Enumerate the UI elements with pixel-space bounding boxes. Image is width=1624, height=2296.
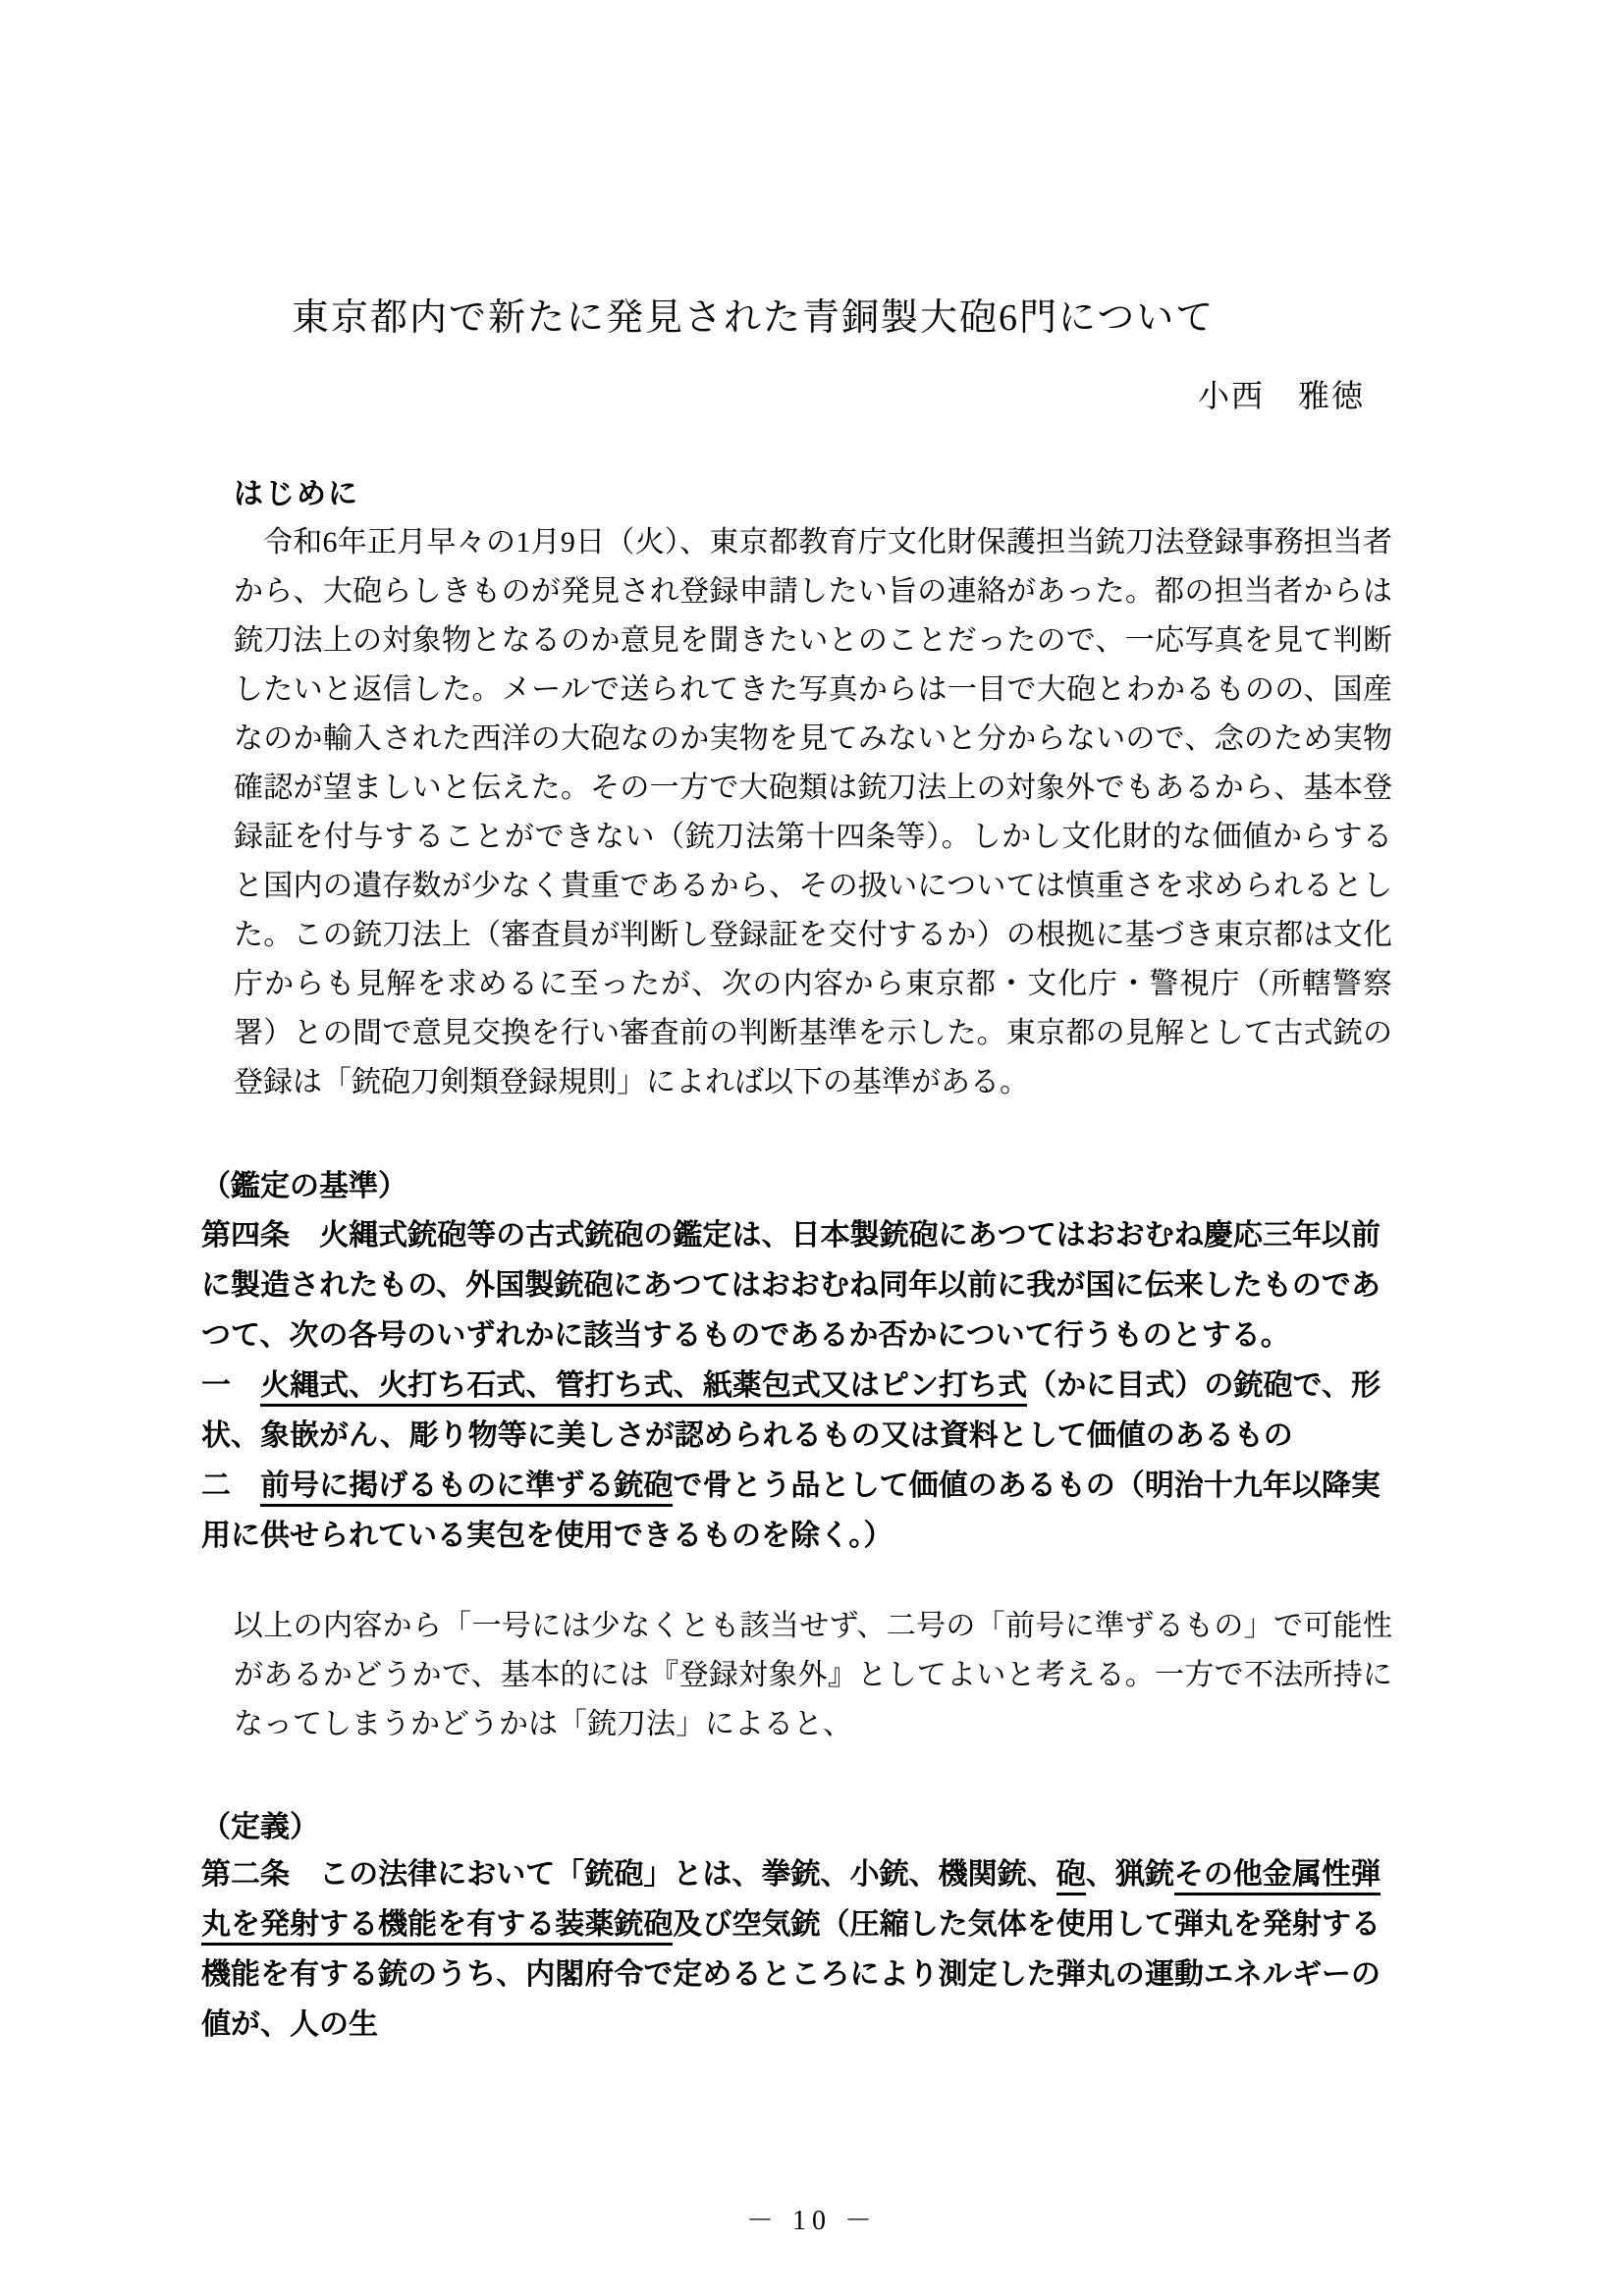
intro-paragraph: 令和6年正月早々の1月9日（火）、東京都教育庁文化財保護担当銃刀法登録事務担当者… [234,518,1392,1107]
heading-definition: （定義） [201,1802,319,1845]
article2-paragraph: 第二条 この法律において「銃砲」とは、拳銃、小銃、機関銃、砲、猟銃その他金属性弾… [201,1849,1380,2050]
item-two-underlined-text: 前号に掲げるものに準ずる銃砲 [260,1469,673,1507]
article2-underlined-cannon: 砲 [1056,1858,1086,1896]
article4-paragraph: 第四条 火縄式銃砲等の古式銃砲の鑑定は、日本製銃砲にあつてはおおむね慶応三年以前… [201,1210,1380,1361]
appraisal-item-two: 二 前号に掲げるものに準ずる銃砲で骨とう品として価値のあるもの（明治十九年以降実… [201,1461,1380,1561]
discussion-paragraph: 以上の内容から「一号には少なくとも該当せず、二号の「前号に準ずるもの」で可能性が… [234,1602,1392,1749]
item-two-number: 二 [201,1469,260,1502]
section-heading-intro: はじめに [234,469,359,512]
item-one-number: 一 [201,1369,260,1402]
author-name: 小西 雅徳 [201,371,1365,416]
document-page: 東京都内で新たに発見された青銅製大砲6門について 小西 雅徳 はじめに 令和6年… [0,0,1624,2296]
appraisal-item-one: 一 火縄式、火打ち石式、管打ち式、紙薬包式又はピン打ち式（かに目式）の銃砲で、形… [201,1361,1380,1461]
article-title: 東京都内で新たに発見された青銅製大砲6門について [292,287,1215,341]
article2-seg1: 第二条 この法律において「銃砲」とは、拳銃、小銃、機関銃、 [201,1858,1056,1891]
heading-appraisal-criteria: （鑑定の基準） [201,1161,407,1204]
item-one-underlined-text: 火縄式、火打ち石式、管打ち式、紙薬包式又はピン打ち式 [260,1369,1027,1407]
page-number-footer: － 10 － [0,2199,1624,2238]
article2-seg3: 、猟銃 [1086,1858,1174,1891]
